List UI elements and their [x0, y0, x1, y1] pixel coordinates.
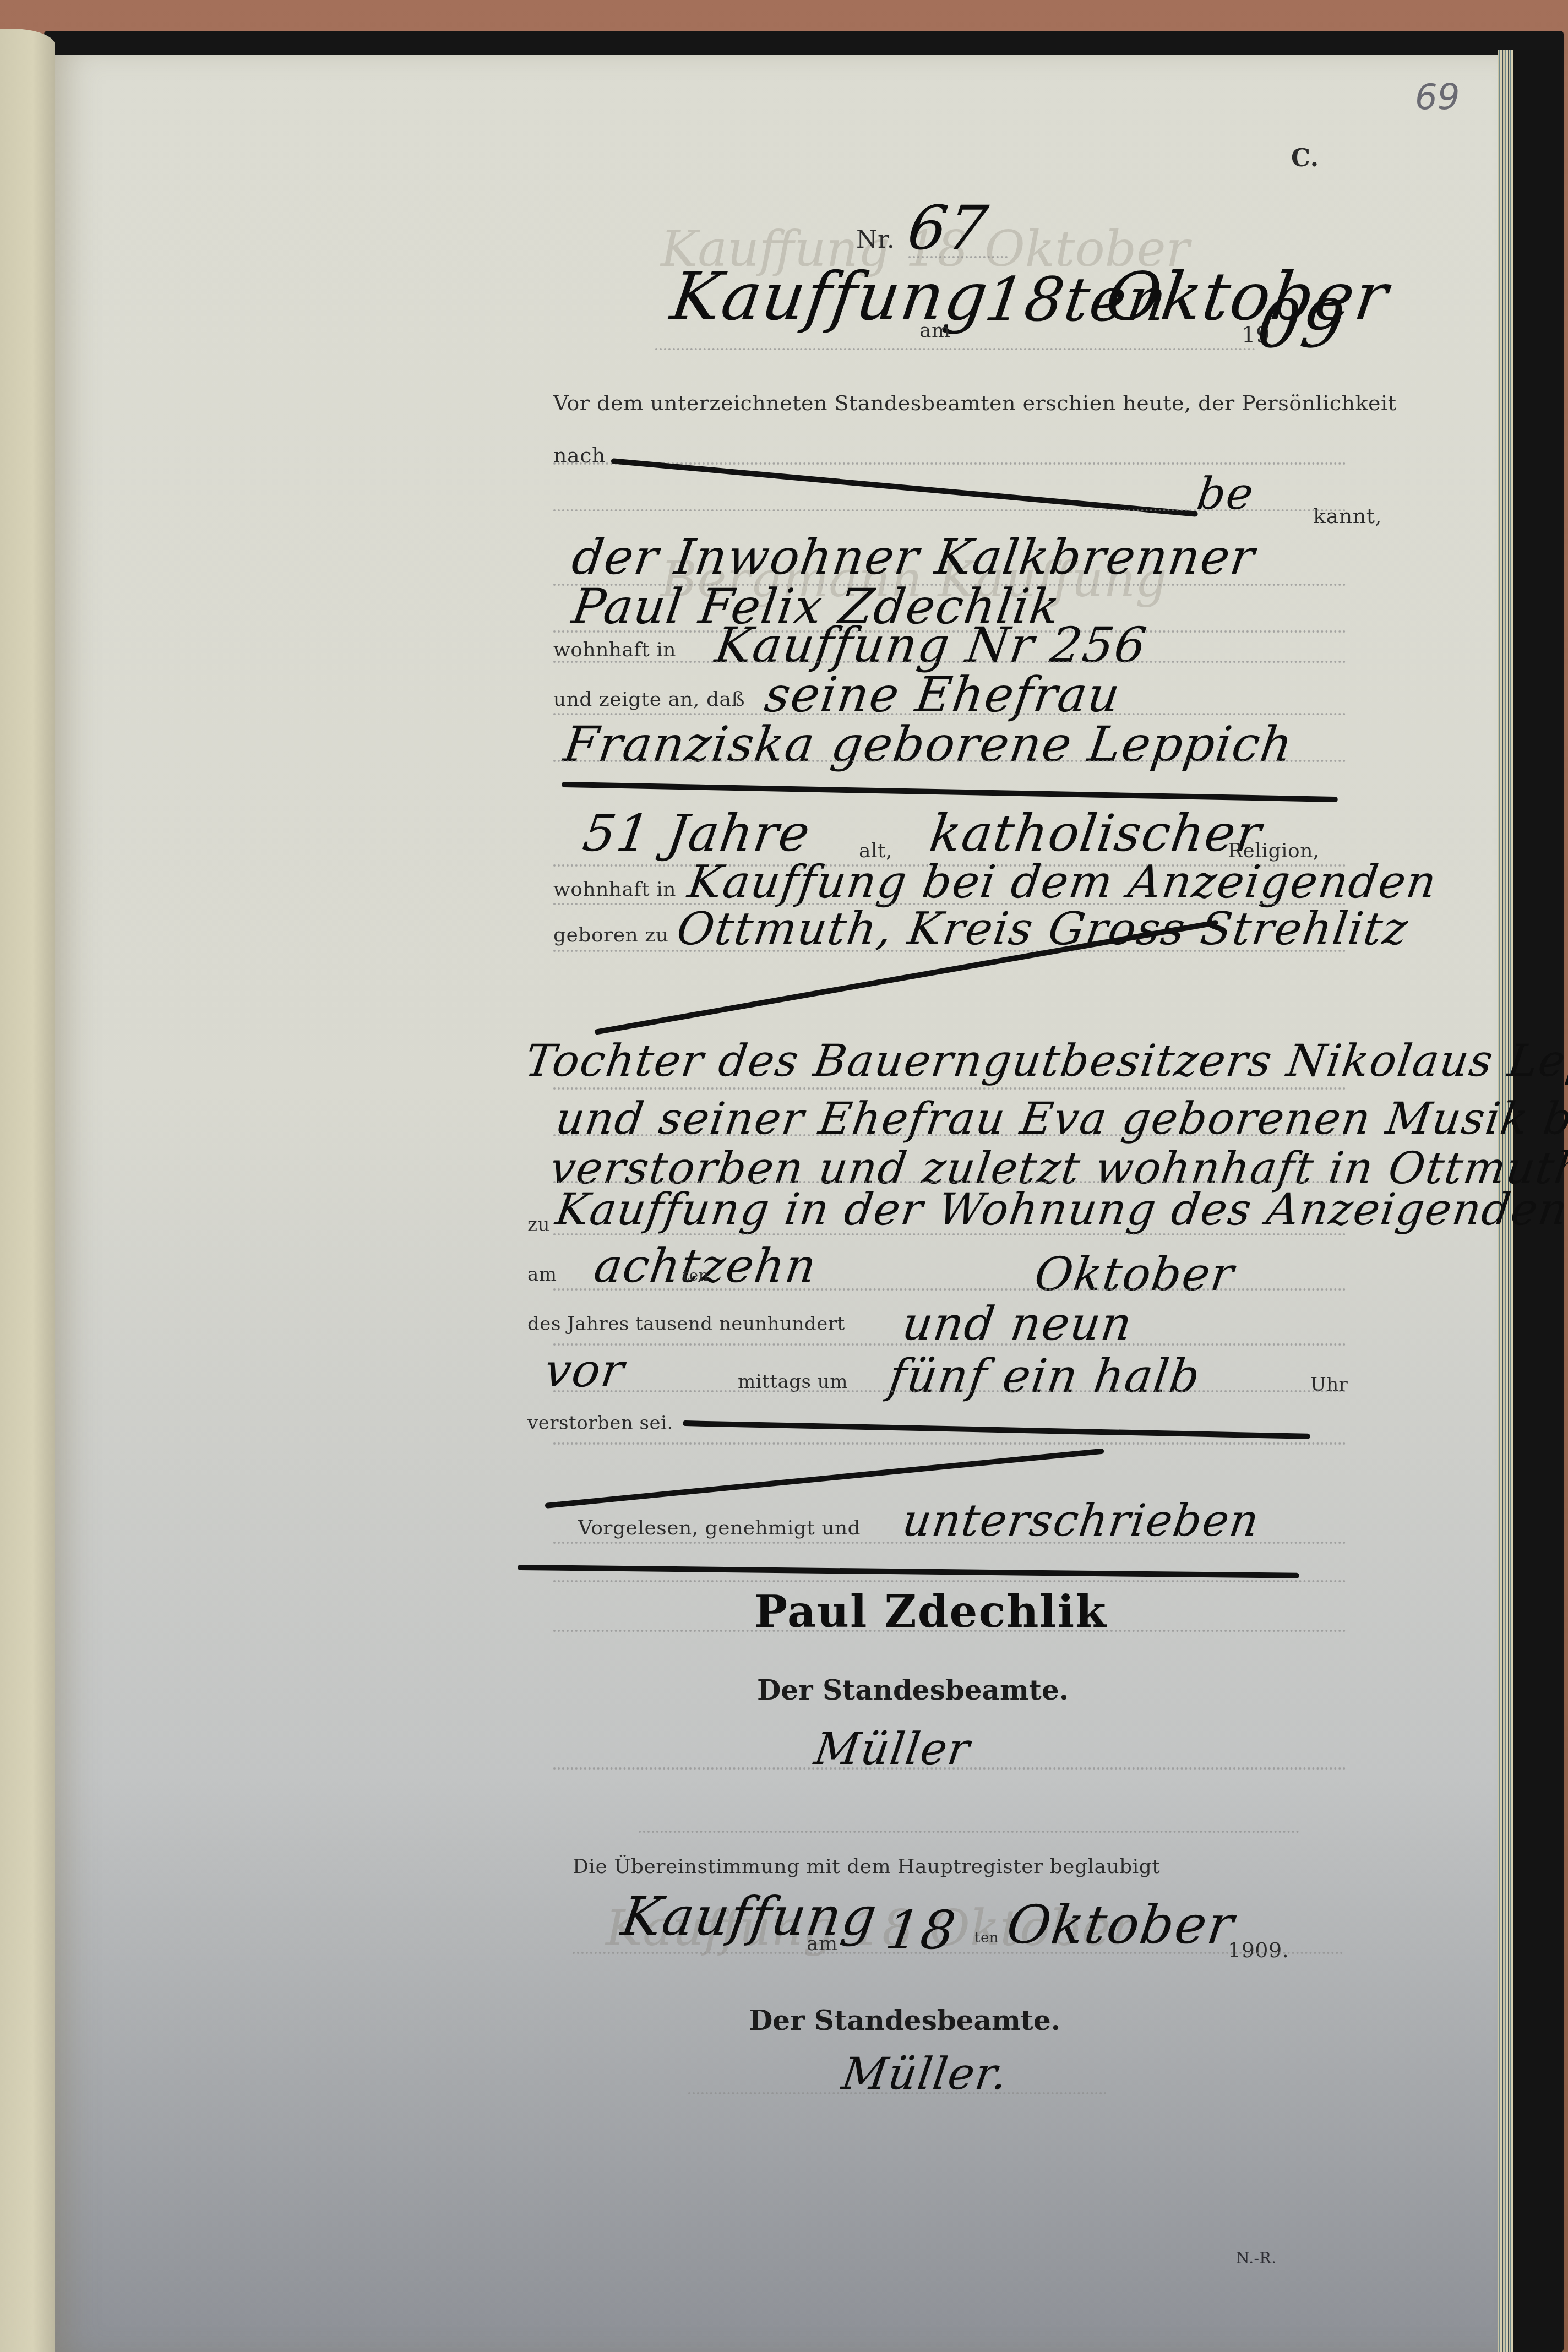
death-place: Kauffung in der Wohnung des Anzeigenden [552, 1184, 1568, 1235]
dotted-rule [553, 1442, 1346, 1445]
left-facing-page [0, 29, 55, 2352]
death-time: fünf ein halb [885, 1349, 1204, 1403]
section-letter: C. [1291, 144, 1319, 172]
header-am-label: am [919, 319, 951, 342]
dotted-rule [639, 1831, 1299, 1833]
entry-number-label: Nr. [856, 226, 895, 254]
entry-number: 67 [903, 193, 993, 263]
dotted-rule [553, 1343, 1346, 1346]
certification-ten-label: ten [974, 1930, 999, 1946]
certification-month: Oktober [1003, 1894, 1238, 1956]
parents-line1: Tochter des Bauerngutbesitzers Nikolaus … [522, 1035, 1568, 1086]
dotted-rule [553, 1181, 1346, 1183]
dotted-rule [553, 950, 1346, 952]
vor-nach: vor [541, 1343, 628, 1397]
death-day: achtzehn [591, 1239, 820, 1293]
dotted-rule [688, 2092, 1107, 2094]
zu-label: zu [527, 1214, 550, 1236]
dotted-rule [553, 760, 1346, 762]
dotted-rule [553, 1767, 1346, 1770]
mittags-label: mittags um [738, 1371, 848, 1393]
dotted-rule [908, 256, 1008, 258]
footer-mark: N.-R. [1236, 2249, 1277, 2267]
informant-line1: der Inwohner Kalkbrenner [569, 529, 1259, 585]
deceased-residence: Kauffung bei dem Anzeigenden [684, 856, 1440, 908]
death-year-words: und neun [899, 1297, 1136, 1351]
parents-line2: und seiner Ehefrau Eva geborenen Musik b… [552, 1093, 1568, 1144]
certification-registrar-title: Der Standesbeamte. [749, 2004, 1060, 2037]
uhr-label: Uhr [1310, 1374, 1348, 1396]
signed-word: unterschrieben [899, 1495, 1262, 1546]
dotted-rule [553, 509, 1346, 511]
geboren-label: geboren zu [553, 924, 668, 946]
informant-residence: Kauffung Nr 256 [712, 617, 1151, 673]
dotted-rule [553, 661, 1346, 663]
certification-year: 1909. [1228, 1938, 1289, 1962]
dotted-rule [553, 1580, 1346, 1582]
dotted-rule [553, 1630, 1346, 1632]
dotted-rule [553, 1288, 1346, 1291]
jahres-label: des Jahres tausend neunhundert [527, 1313, 845, 1335]
certification-place: Kauffung [618, 1886, 881, 1947]
dotted-rule [553, 713, 1346, 715]
registrar-title: Der Standesbeamte. [757, 1674, 1069, 1706]
certification-text: Die Übereinstimmung mit dem Hauptregiste… [573, 1855, 1160, 1878]
bekannt-label: kannt, [1313, 504, 1382, 528]
age: 51 Jahre [579, 804, 814, 863]
dotted-rule [553, 1134, 1346, 1136]
zeigte-label: und zeigte an, daß [553, 688, 745, 711]
dotted-rule [553, 1087, 1346, 1090]
verstorben-label: verstorben sei. [527, 1412, 673, 1434]
dotted-rule [655, 348, 1255, 350]
wohnhaft-label-2: wohnhaft in [553, 878, 676, 901]
religion: katholischer [926, 804, 1266, 863]
wohnhaft-label: wohnhaft in [553, 639, 676, 661]
dotted-rule [553, 1390, 1346, 1392]
birthplace: Ottmuth, Kreis Gross Strehlitz [673, 903, 1412, 955]
ten-label: ten [683, 1266, 709, 1284]
dotted-rule [553, 1542, 1346, 1544]
bekannt-prefix: be [1194, 468, 1257, 519]
death-month: Oktober [1031, 1247, 1238, 1301]
header-year-suffix: 09 [1253, 286, 1349, 363]
am-label: am [527, 1264, 557, 1286]
page-number: 69 [1415, 77, 1460, 118]
deceased-name: Franziska geborene Leppich [560, 716, 1297, 772]
dotted-rule [553, 1233, 1346, 1235]
dotted-rule [573, 1952, 1343, 1954]
intro-text: Vor dem unterzeichneten Standesbeamten e… [553, 391, 1397, 415]
vorgelesen-label: Vorgelesen, genehmigt und [578, 1517, 861, 1539]
